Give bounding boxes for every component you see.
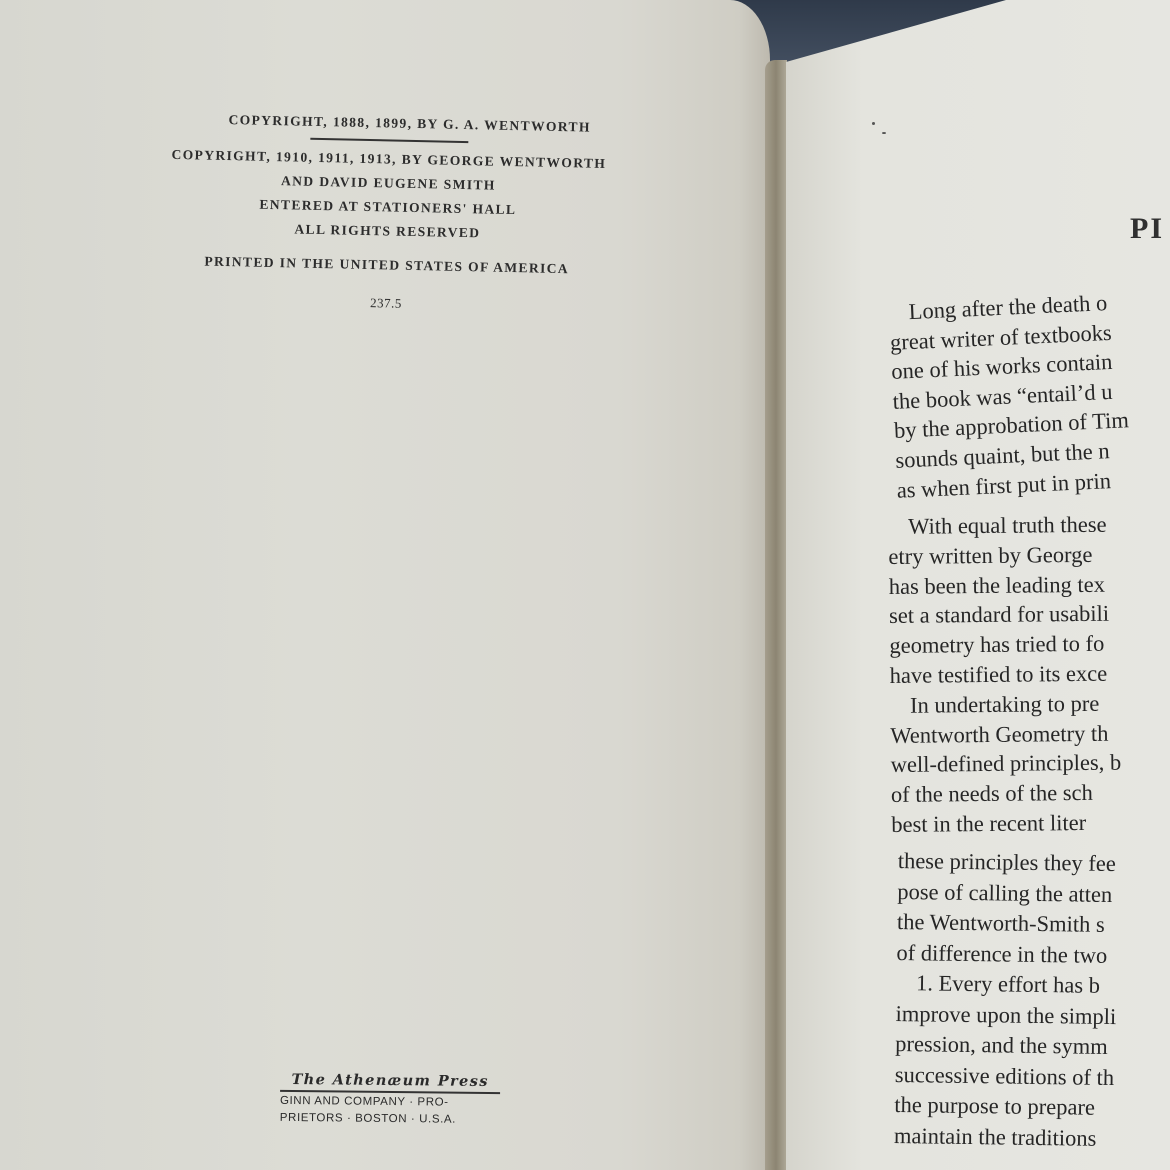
text-line: geometry has tried to fo bbox=[889, 628, 1170, 661]
press-name: The Athenæum Press bbox=[280, 1071, 500, 1094]
divider-rule bbox=[310, 138, 468, 143]
paper-speck bbox=[882, 132, 886, 134]
text-line: improve upon the simpli bbox=[895, 998, 1170, 1033]
text-line: well-defined principles, b bbox=[890, 747, 1170, 780]
text-line: pose of calling the atten bbox=[897, 876, 1170, 911]
text-line: With equal truth these bbox=[888, 509, 1170, 542]
text-line: these principles they fee bbox=[898, 846, 1170, 881]
imprint-line-1: GINN AND COMPANY · PRO- bbox=[280, 1094, 500, 1111]
text-line: In undertaking to pre bbox=[890, 688, 1170, 721]
text-line: has been the leading tex bbox=[889, 568, 1170, 601]
book-gutter bbox=[765, 60, 787, 1170]
text-line: etry written by George bbox=[888, 539, 1170, 572]
catalog-number: 237.5 bbox=[126, 286, 646, 321]
preface-paragraph-1: Long after the death o great writer of t… bbox=[888, 284, 1170, 505]
text-line: the purpose to prepare bbox=[894, 1090, 1170, 1125]
paper-speck bbox=[872, 122, 875, 125]
preface-paragraphs-2-3: With equal truth these etry written by G… bbox=[888, 509, 1170, 840]
text-line: best in the recent liter bbox=[891, 807, 1170, 840]
text-line: of difference in the two bbox=[896, 937, 1170, 972]
copyright-line-1: COPYRIGHT, 1888, 1899, BY G. A. WENTWORT… bbox=[169, 107, 649, 141]
text-line: set a standard for usabili bbox=[889, 598, 1170, 631]
publisher-imprint: The Athenæum Press GINN AND COMPANY · PR… bbox=[280, 1071, 501, 1128]
text-line: 1. Every effort has b bbox=[896, 968, 1170, 1003]
preface-paragraphs-3-4: these principles they fee pose of callin… bbox=[894, 846, 1170, 1155]
left-page-copyright: COPYRIGHT, 1888, 1899, BY G. A. WENTWORT… bbox=[0, 0, 770, 1170]
printed-in-line: PRINTED IN THE UNITED STATES OF AMERICA bbox=[127, 248, 647, 283]
text-line: have testified to its exce bbox=[890, 658, 1170, 691]
text-line: Wentworth Geometry th bbox=[890, 717, 1170, 750]
imprint-line-2: PRIETORS · BOSTON · U.S.A. bbox=[280, 1111, 500, 1128]
copyright-notice: COPYRIGHT, 1888, 1899, BY G. A. WENTWORT… bbox=[126, 106, 650, 321]
preface-title: PI bbox=[1130, 212, 1164, 246]
text-line: successive editions of th bbox=[895, 1059, 1170, 1094]
text-line: of the needs of the sch bbox=[891, 777, 1170, 810]
text-line: the Wentworth-Smith s bbox=[897, 907, 1170, 942]
text-line: pression, and the symm bbox=[895, 1029, 1170, 1064]
text-line: maintain the traditions bbox=[894, 1120, 1170, 1155]
